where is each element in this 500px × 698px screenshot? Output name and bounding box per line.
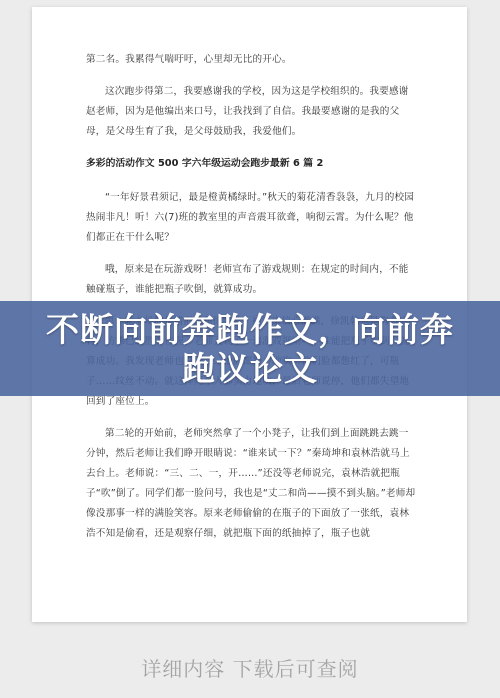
paragraph: 第二名。我累得气喘吁吁，心里却无比的开心。	[86, 50, 416, 70]
download-prompt[interactable]: 详细内容 下载后可查阅	[0, 653, 500, 682]
title-banner: 不断向前奔跑作文，向前奔跑议论文	[0, 301, 500, 396]
paragraph: “一年好景君须记，最是橙黄橘绿时。”秋天的菊花清香袅袅，九月的校园热闹非凡！听！…	[86, 188, 416, 248]
banner-title: 不断向前奔跑作文，向前奔跑议论文	[45, 310, 455, 388]
paragraph: 这次跑步得第二，我要感谢我的学校，因为这是学校组织的。我要感谢赵老师，因为是他编…	[86, 82, 416, 142]
paragraph: 哦，原来是在玩游戏呀！老师宣布了游戏规则：在规定的时间内，不能触碰瓶子，谁能把瓶…	[86, 260, 416, 300]
section-heading: 多彩的活动作文 500 字六年级运动会跑步最新 6 篇 2	[86, 154, 416, 174]
paragraph: 第二轮的开始前，老师突然拿了一个小凳子，让我们到上面跳跳去跳一分钟，然后老师让我…	[86, 424, 416, 544]
